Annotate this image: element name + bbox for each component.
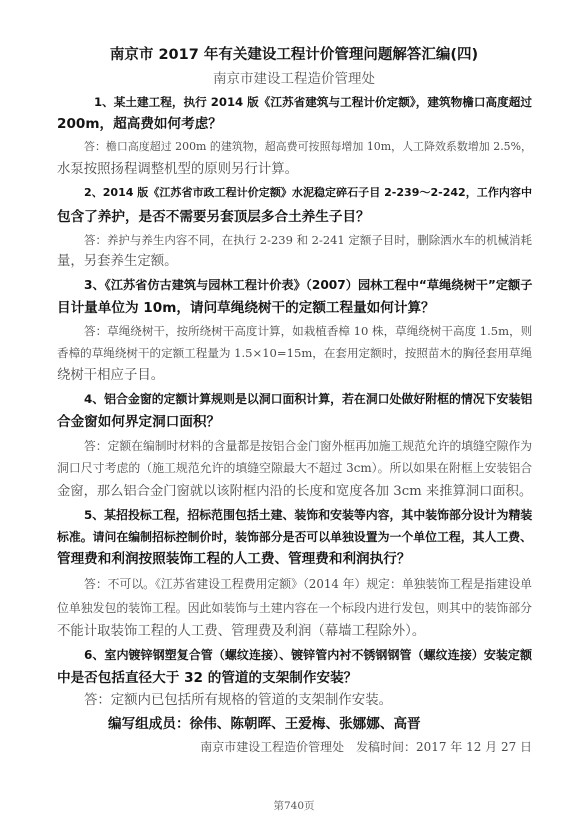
question-line: 管理费和利润按照装饰工程的人工费、管理费和利润执行？ [57, 549, 410, 569]
question-line: 中是否包括直径大于 32 的管道的支架制作安装？ [57, 668, 357, 688]
answer-line: 答：檐口高度超过 200m 的建筑物，超高费可按照每增加 10m，人工降效系数增… [84, 137, 532, 157]
answer-line: 不能计取装饰工程的人工费、管理费及利润（幕墙工程除外）。 [57, 622, 425, 642]
authors-line: 编写组成员：徐伟、陈朝晖、王爱梅、张娜娜、高晋 [108, 714, 421, 734]
document-page: 南京市 2017 年有关建设工程计价管理问题解答汇编(四) 南京市建设工程造价管… [0, 0, 588, 831]
question-line: 合金窗如何界定洞口面积？ [57, 412, 220, 432]
answer-line: 绕树干相应子目。 [57, 366, 164, 386]
question-line: 4、铝合金窗的定额计算规则是以洞口面积计算，若在洞口处做好附框的情况下安装铝 [84, 389, 532, 409]
answer-line: 答：定额内已包括所有规格的管道的支架制作安装。 [84, 691, 392, 711]
answer-line: 水泵按照扬程调整机型的原则另行计算。 [57, 160, 298, 180]
question-line: 3、《江苏省仿古建筑与园林工程计价表》（2007）园林工程中“草绳绕树干”定额子 [84, 275, 532, 295]
question-line: 标准。请问在编制招标控制价时，装饰部分是否可以单独设置为一个单位工程，其人工费、 [57, 527, 532, 547]
publish-dateline: 南京市建设工程造价管理处 发稿时间：2017 年 12 月 27 日 [200, 737, 532, 757]
document-subtitle: 南京市建设工程造价管理处 [0, 69, 588, 89]
answer-line: 答：不可以。《江苏省建设工程费用定额》（2014 年）规定：单独装饰工程是指建设… [84, 574, 532, 594]
answer-line: 答：养护与养生内容不同，在执行 2-239 和 2-241 定额子目时，删除洒水… [84, 230, 532, 250]
question-line: 6、室内镀锌钢塑复合管（螺纹连接）、镀锌管内衬不锈钢钢管（螺纹连接）安装定额 [84, 645, 532, 665]
question-line: 目计量单位为 10m，请问草绳绕树干的定额工程量如何计算？ [57, 298, 435, 318]
question-line: 5、某招投标工程，招标范围包括土建、装饰和安装等内容，其中装饰部分设计为精装 [84, 505, 532, 525]
answer-line: 答：定额在编制时材料的含量都是按铝合金门窗外框再加施工规范允许的填缝空隙作为 [84, 436, 532, 456]
answer-line: 香樟的草绳绕树干的定额工程量为 1.5×10=15m，在套用定额时，按照苗木的胸… [57, 343, 532, 363]
question-line: 200m，超高费如何考虑？ [57, 114, 222, 134]
answer-line: 位单独发包的装饰工程。因此如装饰与土建内容在一个标段内进行发包，则其中的装饰部分 [57, 598, 532, 618]
answer-line: 洞口尺寸考虑的（施工规范允许的填缝空隙最大不超过 3cm）。所以如果在附框上安装… [57, 458, 532, 478]
question-line: 包含了养护，是否不需要另套顶层多合土养生子目？ [57, 207, 370, 227]
document-title: 南京市 2017 年有关建设工程计价管理问题解答汇编(四) [0, 45, 588, 65]
answer-line: 量，另套养生定额。 [57, 252, 178, 272]
answer-line: 答：草绳绕树干，按所绕树干高度计算，如栽植香樟 10 株，草绳绕树干高度 1.5… [84, 321, 532, 341]
question-line: 2、2014 版《江苏省市政工程计价定额》水泥稳定碎石子目 2-239～2-24… [84, 183, 532, 203]
question-line: 1、某土建工程，执行 2014 版《江苏省建筑与工程计价定额》，建筑物檐口高度超… [94, 92, 532, 112]
page-number: 第740页 [0, 796, 588, 816]
answer-line: 金窗，那么铝合金门窗就以该附框内沿的长度和宽度各加 3cm 来推算洞口面积。 [57, 482, 532, 502]
